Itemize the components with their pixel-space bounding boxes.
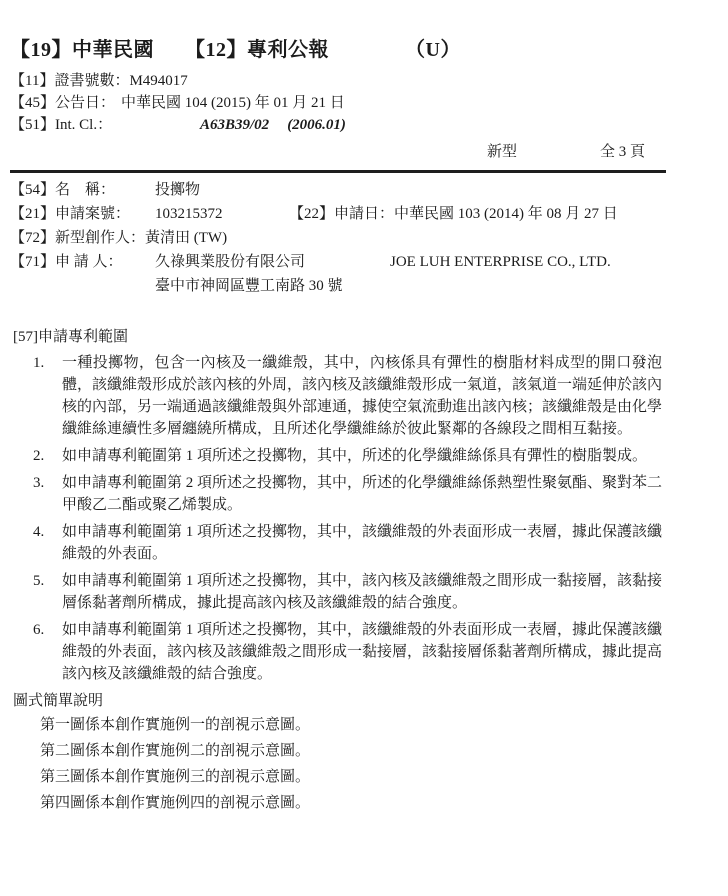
inventor-name: 黃清田 (TW) <box>145 226 227 250</box>
claim-number: 6. <box>33 619 62 685</box>
inventor-row: 【72】新型創作人： 黃清田 (TW) <box>10 226 710 250</box>
divider-rule <box>10 170 666 173</box>
int-cl-label: 【51】Int. Cl.： <box>10 114 200 136</box>
inventor-label: 【72】新型創作人： <box>10 226 145 250</box>
application-number-row: 【21】申請案號： 103215372 【22】申請日： 中華民國 103 (2… <box>10 202 710 226</box>
bibliographic-block: 【11】證書號數：M494017 【45】公告日：中華民國 104 (2015)… <box>10 70 346 136</box>
claim-number: 3. <box>33 472 62 516</box>
application-number-label: 【21】申請案號： <box>10 202 155 226</box>
claim-number: 2. <box>33 445 62 467</box>
figure-description-4: 第四圖係本創作實施例四的剖視示意圖。 <box>40 790 693 816</box>
applicant-label: 【71】申 請 人： <box>10 250 155 274</box>
claim-number: 5. <box>33 570 62 614</box>
application-date-value: 中華民國 103 (2014) 年 08 月 27 日 <box>394 202 618 226</box>
claim-item-5: 5. 如申請專利範圍第 1 項所述之投擲物，其中，該內核及該纖維殼之間形成一黏接… <box>13 570 693 614</box>
claim-text: 一種投擲物，包含一內核及一纖維殼，其中，內核係具有彈性的樹脂材料成型的開口發泡體… <box>62 352 662 440</box>
claim-text: 如申請專利範圍第 1 項所述之投擲物，其中，所述的化學纖維絲係具有彈性的樹脂製成… <box>62 445 662 467</box>
title-label: 【54】名 稱： <box>10 178 155 202</box>
applicant-address: 臺中市神岡區豐工南路 30 號 <box>155 274 343 298</box>
claims-section: [57]申請專利範圍 1. 一種投擲物，包含一內核及一纖維殼，其中，內核係具有彈… <box>13 326 693 816</box>
application-date-label: 【22】申請日： <box>289 202 394 226</box>
int-cl-version: (2006.01) <box>287 114 346 136</box>
claim-item-3: 3. 如申請專利範圍第 2 項所述之投擲物，其中，所述的化學纖維絲係熱塑性聚氨酯… <box>13 472 693 516</box>
applicant-name-english: JOE LUH ENTERPRISE CO., LTD. <box>390 250 611 274</box>
figure-description-1: 第一圖係本創作實施例一的剖視示意圖。 <box>40 712 693 738</box>
title-row: 【54】名 稱： 投擲物 <box>10 178 710 202</box>
gazette-title-field: 【12】專利公報 <box>185 33 329 62</box>
publication-date-value: 中華民國 104 (2015) 年 01 月 21 日 <box>121 92 345 114</box>
applicant-name: 久祿興業股份有限公司 <box>155 250 390 274</box>
patent-type-row: 新型 全 3 頁 <box>0 140 728 162</box>
figure-description-2: 第二圖係本創作實施例二的剖視示意圖。 <box>40 738 693 764</box>
application-number-value: 103215372 <box>155 202 289 226</box>
claim-item-1: 1. 一種投擲物，包含一內核及一纖維殼，其中，內核係具有彈性的樹脂材料成型的開口… <box>13 352 693 440</box>
int-cl-row: 【51】Int. Cl.：A63B39/02(2006.01) <box>10 114 346 136</box>
applicant-address-spacer <box>10 274 155 298</box>
certificate-number-row: 【11】證書號數：M494017 <box>10 70 346 92</box>
patent-gazette-page: 【19】中華民國 【12】專利公報 （U） 【11】證書號數：M494017 【… <box>0 0 728 896</box>
claim-text: 如申請專利範圍第 1 項所述之投擲物，其中，該內核及該纖維殼之間形成一黏接層，該… <box>62 570 662 614</box>
figures-section-title: 圖式簡單說明 <box>13 690 693 712</box>
figure-description-3: 第三圖係本創作實施例三的剖視示意圖。 <box>40 764 693 790</box>
claim-number: 1. <box>33 352 62 440</box>
patent-type: 新型 <box>487 140 517 161</box>
claim-item-2: 2. 如申請專利範圍第 1 項所述之投擲物，其中，所述的化學纖維絲係具有彈性的樹… <box>13 445 693 467</box>
claim-item-6: 6. 如申請專利範圍第 1 項所述之投擲物，其中，該纖維殼的外表面形成一表層，據… <box>13 619 693 685</box>
kind-code: （U） <box>405 33 461 62</box>
certificate-number-value: M494017 <box>129 70 187 92</box>
application-fields-block: 【54】名 稱： 投擲物 【21】申請案號： 103215372 【22】申請日… <box>10 178 710 298</box>
claims-section-title: [57]申請專利範圍 <box>13 326 693 348</box>
publication-date-label: 【45】公告日： <box>10 92 115 114</box>
invention-title: 投擲物 <box>155 178 200 202</box>
country-code-field: 【19】中華民國 <box>10 33 154 62</box>
claim-text: 如申請專利範圍第 2 項所述之投擲物，其中，所述的化學纖維絲係熱塑性聚氨酯、聚對… <box>62 472 662 516</box>
page-count: 全 3 頁 <box>600 140 645 161</box>
claim-text: 如申請專利範圍第 1 項所述之投擲物，其中，該纖維殼的外表面形成一表層，據此保護… <box>62 619 662 685</box>
claim-item-4: 4. 如申請專利範圍第 1 項所述之投擲物，其中，該纖維殼的外表面形成一表層，據… <box>13 521 693 565</box>
publication-date-row: 【45】公告日：中華民國 104 (2015) 年 01 月 21 日 <box>10 92 346 114</box>
applicant-row: 【71】申 請 人： 久祿興業股份有限公司 JOE LUH ENTERPRISE… <box>10 250 710 274</box>
claim-text: 如申請專利範圍第 1 項所述之投擲物，其中，該纖維殼的外表面形成一表層，據此保護… <box>62 521 662 565</box>
certificate-number-label: 【11】證書號數： <box>10 70 129 92</box>
applicant-address-row: 臺中市神岡區豐工南路 30 號 <box>10 274 710 298</box>
claim-number: 4. <box>33 521 62 565</box>
int-cl-classification: A63B39/02 <box>200 114 269 136</box>
document-header: 【19】中華民國 【12】專利公報 （U） <box>0 33 728 61</box>
